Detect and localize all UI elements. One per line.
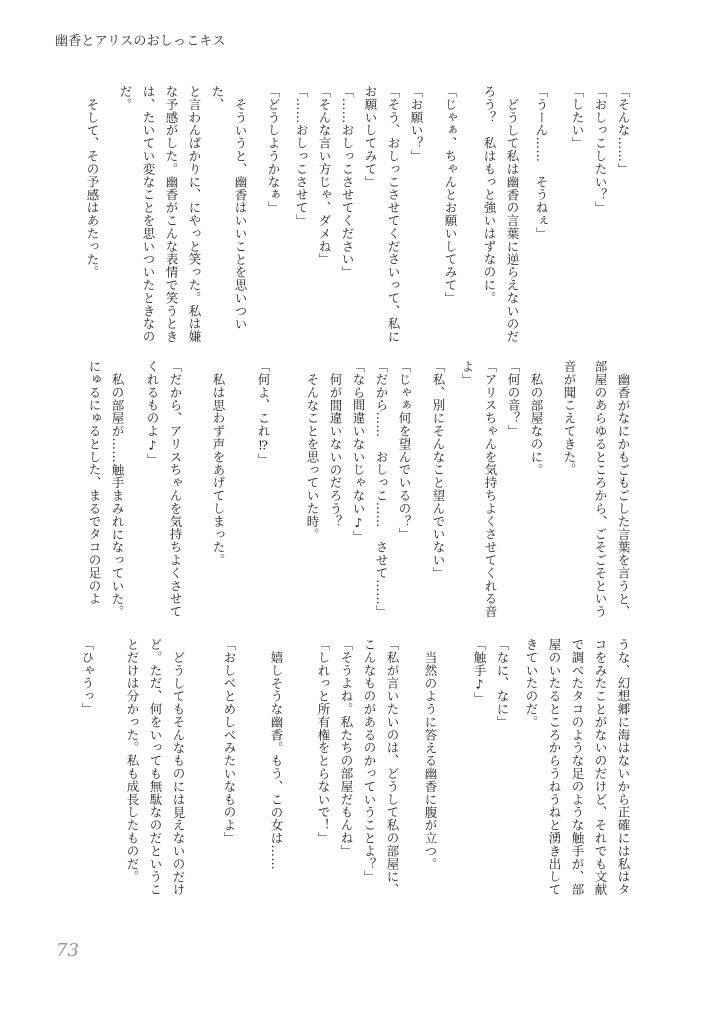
text-column: そして、その予感はあたった。 — [81, 85, 104, 353]
text-column: 「ひゃうっ」 — [76, 638, 99, 906]
text-block-bottom: うな、幻想郷に海はないから正確には私はタコをみたことがないのだけど、それでも文献… — [76, 638, 635, 906]
text-column: どうして私は幽香の言葉に逆らえないのだ — [501, 85, 524, 353]
text-column: お願いしてみて」 — [359, 85, 382, 353]
text-column: 「私、別にそんなこと望んでいない」 — [427, 360, 450, 628]
text-column: 「そう、おしっこさせてくださいって、私に — [382, 85, 405, 353]
text-column: 「じゃぁ、ちゃんとお願いしてみて」 — [439, 85, 462, 353]
text-column: 「しれっと所有権をとらないで！」 — [312, 638, 335, 906]
text-column: 「……おしっこさせて」 — [290, 85, 313, 353]
text-column: と言わんばかりに、にやっと笑った。私は嫌 — [183, 85, 206, 353]
text-column: 「だから…… おしっこ…… させて……」 — [370, 360, 393, 628]
text-column: 私の部屋なのに。 — [525, 360, 548, 628]
text-column: よ」 — [456, 360, 479, 628]
text-column: きていたのだ。 — [520, 638, 543, 906]
text-column: ど。ただ、何をいっても無駄なのだというこ — [144, 638, 167, 906]
text-column: 「じゃぁ何を望んでいるの？」 — [393, 360, 416, 628]
text-column: 「アリスちゃんを気持ちよくさせてくれる音 — [479, 360, 502, 628]
text-column: 何が間違いないのだろう？ — [324, 360, 347, 628]
text-column: 音が聞こえてきた。 — [558, 360, 581, 628]
page-header-title: 幽香とアリスのおしっこキス — [55, 30, 226, 49]
text-block-middle: 幽香がなにかもごもごした言葉を言うと、部屋のあらゆるところから、ごそごそという音… — [83, 360, 635, 628]
text-column: 「そんな……」 — [612, 85, 635, 353]
text-column: 「なに、なに」 — [491, 638, 514, 906]
text-column: 「そうよね。私たちの部屋だもんね」 — [335, 638, 358, 906]
text-column: 嬉しそうな幽香。もう、この女は…… — [265, 638, 288, 906]
text-column: 「うーん…… そうねぇ」 — [530, 85, 553, 353]
text-column: 「……おしっこさせてください」 — [336, 85, 359, 353]
text-column: 「おしっこしたい？」 — [589, 85, 612, 353]
text-column: な予感がした。幽香がこんな表情で笑うとき — [160, 85, 183, 353]
text-column: どうしてもそんなものには見えないのだけ — [167, 638, 190, 906]
text-column: だ。 — [114, 85, 137, 353]
text-column: 「おしべとめしべみたいなものよ」 — [218, 638, 241, 906]
text-column: 「お願い？」 — [405, 85, 428, 353]
text-column: 「私が言いたいのは、どうして私の部屋に、 — [381, 638, 404, 906]
text-column: とだけは分かった。私も成長したものだ。 — [121, 638, 144, 906]
text-column: は、たいてい変なことを思いついたときなの — [137, 85, 160, 353]
text-column: 私の部屋が……触手まみれになっていた。 — [106, 360, 129, 628]
text-column: で調べたタコのような足のような触手が、部 — [566, 638, 589, 906]
text-column: こんなものがあるのかっていうことよ？」 — [358, 638, 381, 906]
text-column: 「したい」 — [566, 85, 589, 353]
text-column: そんなことを思っていた時。 — [301, 360, 324, 628]
text-column: 「なら間違いないじゃない♪」 — [347, 360, 370, 628]
text-column: くれるものよ♪」 — [141, 360, 164, 628]
text-column: 「何の音？」 — [502, 360, 525, 628]
text-column: 当然のように答える幽香に腹が立つ。 — [419, 638, 442, 906]
text-column: 「だから、アリスちゃんを気持ちよくさせて — [164, 360, 187, 628]
text-column: 「どうしようかなぁ」 — [262, 85, 285, 353]
text-column: ろう？ 私はもっと強いはずなのに。 — [478, 85, 501, 353]
page-number: 73 — [56, 940, 79, 961]
text-column: そういうと、幽香はいいことを思いついた、 — [206, 85, 252, 353]
text-column: 「触手♪」 — [468, 638, 491, 906]
text-column: 「そんな言い方じゃ、ダメね」 — [313, 85, 336, 353]
text-column: コをみたことがないのだけど、それでも文献 — [589, 638, 612, 906]
text-column: うな、幻想郷に海はないから正確には私はタ — [612, 638, 635, 906]
text-column: 「何よ、これ⁉」 — [252, 360, 275, 628]
text-column: 部屋のあらゆるところから、ごそごそという — [589, 360, 612, 628]
text-column: 私は思わず声をあげてしまった。 — [207, 360, 230, 628]
text-column: 屋のいたるところからうねうねと湧き出して — [543, 638, 566, 906]
text-block-top: 「そんな……」「おしっこしたい？」「したい」「うーん…… そうねぇ」どうして私は… — [81, 85, 635, 353]
text-column: 幽香がなにかもごもごした言葉を言うと、 — [612, 360, 635, 628]
text-column: にゅるにゅるとした、まるでタコの足のよ — [83, 360, 106, 628]
